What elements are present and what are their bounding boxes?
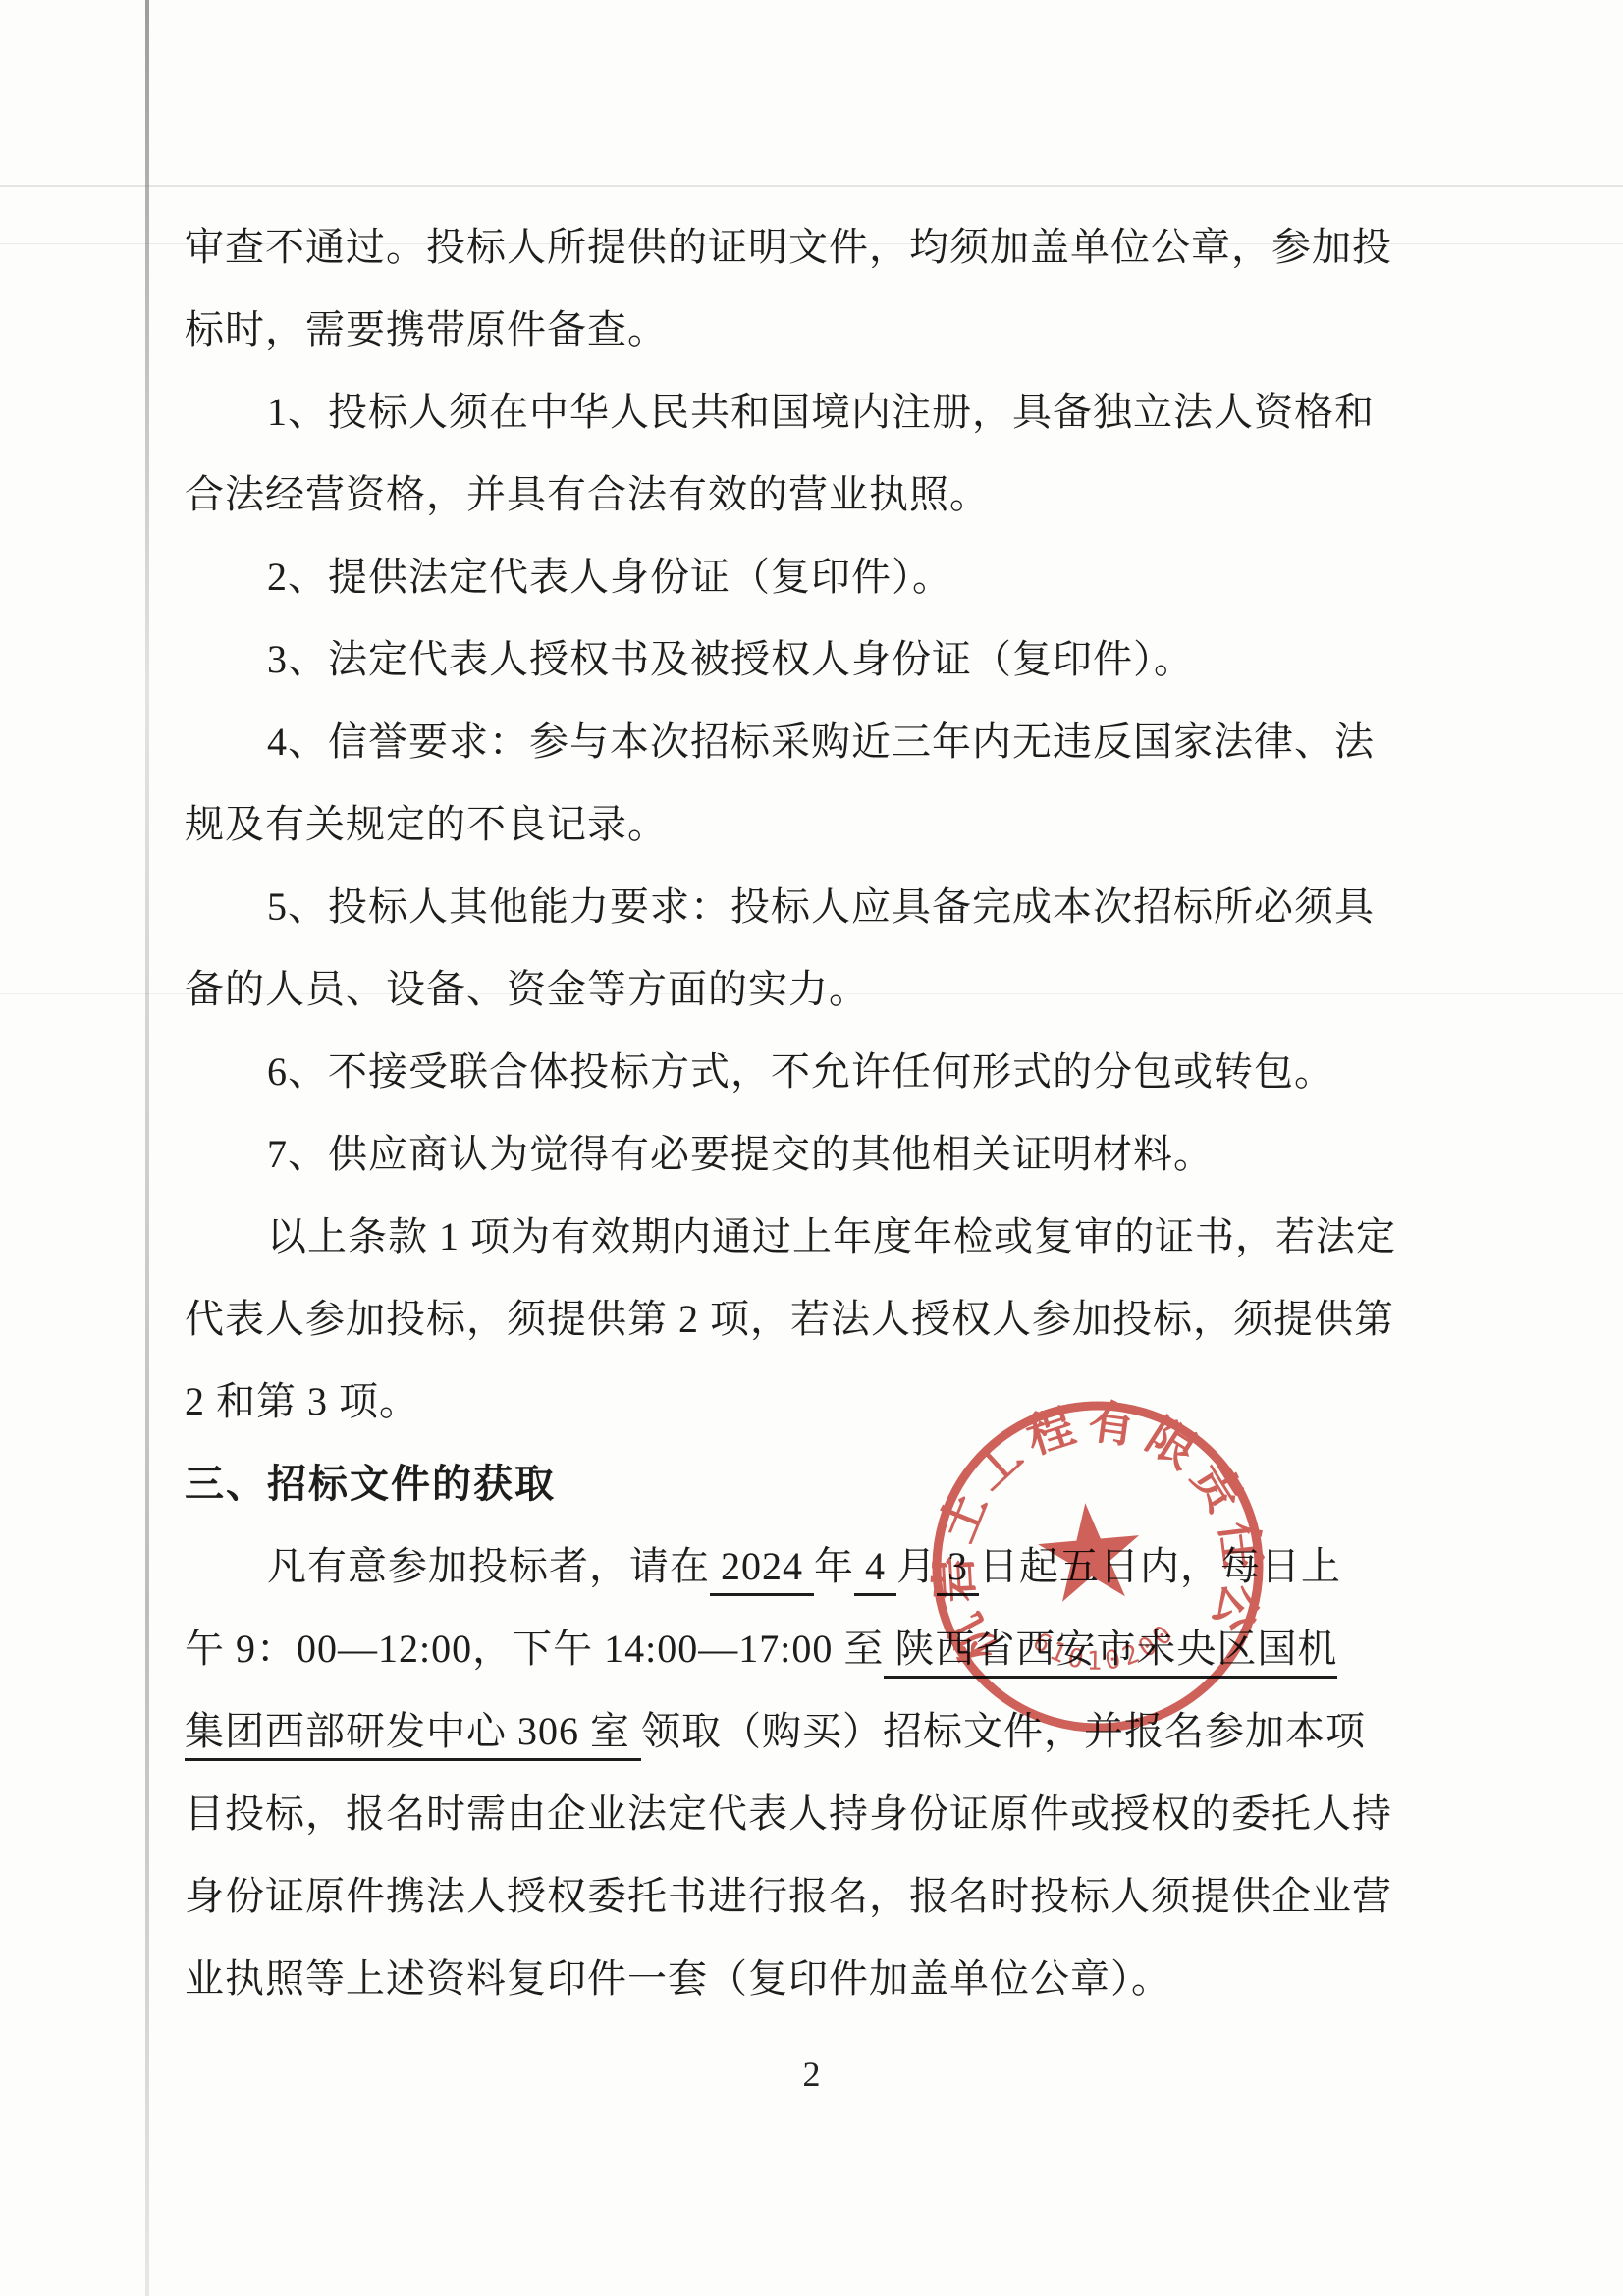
acquisition-l2-pre: 午 9：00—12:00，下午 14:00—17:00 至 (185, 1627, 884, 1671)
item-6-line-1: 6、不接受联合体投标方式，不允许任何形式的分包或转包。 (185, 1031, 1451, 1113)
acquisition-line-6: 业执照等上述资料复印件一套（复印件加盖单位公章）。 (185, 1938, 1451, 2020)
scan-artifact-line (0, 185, 1623, 187)
document-body: 审查不通过。投标人所提供的证明文件，均须加盖单位公章，参加投 标时，需要携带原件… (185, 206, 1451, 2020)
acquisition-line-3: 集团西部研发中心 306 室 领取（购买）招标文件，并报名参加本项 (185, 1690, 1451, 1773)
acquisition-day-underlined: 3 (937, 1544, 979, 1596)
item-7-line-1: 7、供应商认为觉得有必要提交的其他相关证明材料。 (185, 1113, 1451, 1196)
scanned-document-page: 审查不通过。投标人所提供的证明文件，均须加盖单位公章，参加投 标时，需要携带原件… (0, 0, 1623, 2296)
acquisition-month-underlined: 4 (854, 1544, 896, 1596)
item-5-line-1: 5、投标人其他能力要求：投标人应具备完成本次招标所必须具 (185, 866, 1451, 948)
page-number: 2 (0, 2054, 1623, 2095)
acquisition-line-4: 目投标，报名时需由企业法定代表人持身份证原件或授权的委托人持 (185, 1773, 1451, 1855)
intro-line-2: 标时，需要携带原件备查。 (185, 289, 1451, 371)
item-1-line-2: 合法经营资格，并具有合法有效的营业执照。 (185, 454, 1451, 536)
item-3-line-1: 3、法定代表人授权书及被授权人身份证（复印件）。 (185, 618, 1451, 701)
item-1-line-1: 1、投标人须在中华人民共和国境内注册，具备独立法人资格和 (185, 371, 1451, 454)
acquisition-l1-post: 日起五日内，每日上 (979, 1544, 1341, 1588)
acquisition-address-underlined-1: 陕西省西安市未央区国机 (884, 1627, 1337, 1679)
acquisition-address-underlined-2: 集团西部研发中心 306 室 (185, 1709, 641, 1761)
acquisition-line-1: 凡有意参加投标者，请在 2024 年 4 月 3 日起五日内，每日上 (185, 1525, 1451, 1608)
item-5-line-2: 备的人员、设备、资金等方面的实力。 (185, 948, 1451, 1031)
intro-line-1: 审查不通过。投标人所提供的证明文件，均须加盖单位公章，参加投 (185, 206, 1451, 289)
acquisition-month-label: 月 (896, 1544, 937, 1588)
item-4-line-2: 规及有关规定的不良记录。 (185, 783, 1451, 866)
section-heading: 三、招标文件的获取 (185, 1443, 1451, 1525)
acquisition-line-5: 身份证原件携法人授权委托书进行报名，报名时投标人须提供企业营 (185, 1855, 1451, 1938)
item-2-line-1: 2、提供法定代表人身份证（复印件）。 (185, 536, 1451, 618)
scan-edge-streak (145, 0, 149, 2296)
closing-line-1: 以上条款 1 项为有效期内通过上年度年检或复审的证书，若法定 (185, 1196, 1451, 1278)
closing-line-2: 代表人参加投标，须提供第 2 项，若法人授权人参加投标，须提供第 (185, 1278, 1451, 1361)
acquisition-l3-post: 领取（购买）招标文件，并报名参加本项 (641, 1709, 1366, 1753)
acquisition-l1-pre: 凡有意参加投标者，请在 (267, 1544, 710, 1588)
acquisition-year-underlined: 2024 (710, 1544, 814, 1596)
acquisition-line-2: 午 9：00—12:00，下午 14:00—17:00 至 陕西省西安市未央区国… (185, 1608, 1451, 1690)
item-4-line-1: 4、信誉要求：参与本次招标采购近三年内无违反国家法律、法 (185, 701, 1451, 783)
acquisition-year-label: 年 (814, 1544, 854, 1588)
closing-line-3: 2 和第 3 项。 (185, 1361, 1451, 1443)
